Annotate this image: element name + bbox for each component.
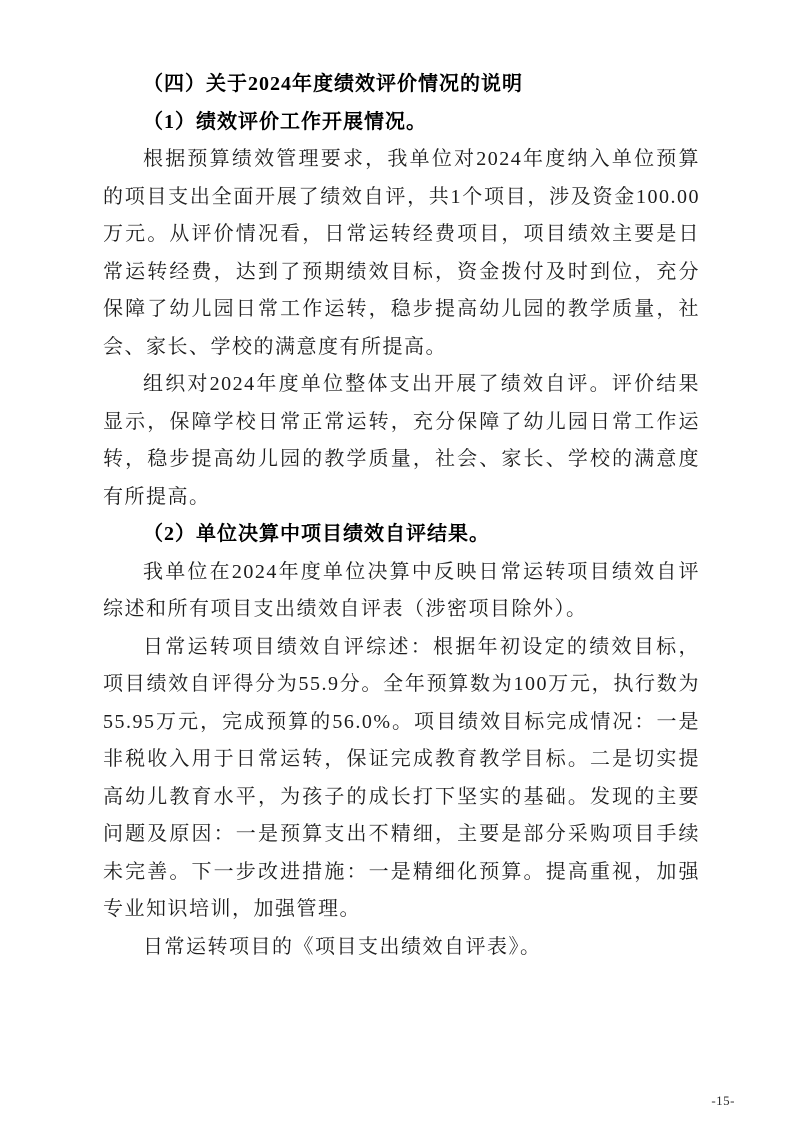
subsection-heading-final-accounts-results: （2）单位决算中项目绩效自评结果。 — [103, 516, 700, 554]
subsection-heading-evaluation-work: （1）绩效评价工作开展情况。 — [103, 104, 700, 142]
section-heading-performance-evaluation: （四）关于2024年度绩效评价情况的说明 — [103, 66, 700, 104]
body-paragraph-self-evaluation-overview: 根据预算绩效管理要求，我单位对2024年度纳入单位预算的项目支出全面开展了绩效自… — [103, 141, 700, 366]
body-paragraph-final-accounts-reflection: 我单位在2024年度单位决算中反映日常运转项目绩效自评综述和所有项目支出绩效自评… — [103, 554, 700, 629]
document-body: （四）关于2024年度绩效评价情况的说明 （1）绩效评价工作开展情况。 根据预算… — [103, 66, 700, 966]
document-page: （四）关于2024年度绩效评价情况的说明 （1）绩效评价工作开展情况。 根据预算… — [0, 0, 793, 1122]
body-paragraph-overall-expenditure-evaluation: 组织对2024年度单位整体支出开展了绩效自评。评价结果显示，保障学校日常正常运转… — [103, 366, 700, 516]
body-paragraph-daily-operation-summary: 日常运转项目绩效自评综述：根据年初设定的绩效目标，项目绩效自评得分为55.9分。… — [103, 629, 700, 929]
page-number: -15- — [711, 1093, 735, 1109]
body-paragraph-self-evaluation-table-reference: 日常运转项目的《项目支出绩效自评表》。 — [103, 929, 700, 967]
